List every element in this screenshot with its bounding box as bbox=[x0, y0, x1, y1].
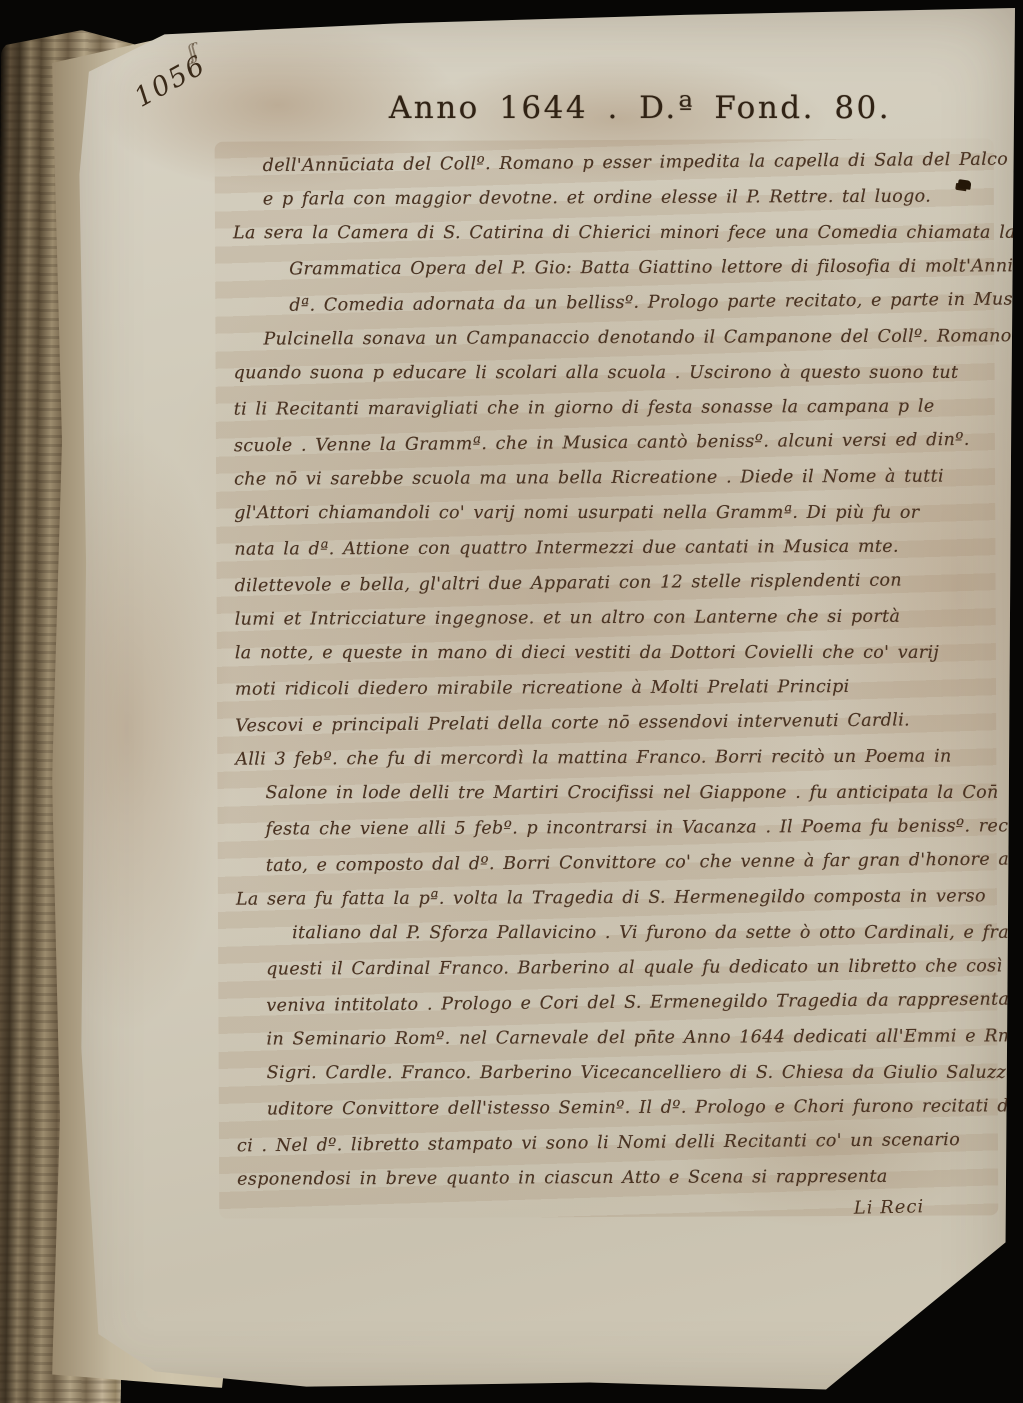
manuscript-line: dell'Annūciata del Collº. Romano p esser… bbox=[233, 143, 988, 185]
manuscript-line: italiano dal P. Sforza Pallavicino . Vi … bbox=[236, 916, 991, 951]
manuscript-page: 1056 ʃʃ Anno 1644 . D.ª Fond. 80. dell'A… bbox=[70, 8, 1015, 1395]
manuscript-line: e p farla con maggior devotne. et ordine… bbox=[233, 179, 988, 217]
manuscript-line: veniva intitolato . Prologo e Cori del S… bbox=[236, 983, 991, 1025]
manuscript-line: Grammatica Opera del P. Gio: Batta Giatt… bbox=[233, 249, 988, 287]
manuscript-line: Vescovi e principali Prelati della corte… bbox=[235, 703, 990, 745]
manuscript-line: ci . Nel dº. libretto stampato vi sono l… bbox=[237, 1123, 992, 1165]
manuscript-line: la notte, e queste in mano di dieci vest… bbox=[235, 636, 990, 671]
marginal-ink-mark bbox=[957, 179, 971, 190]
manuscript-line: festa che viene alli 5 febº. p incontrar… bbox=[236, 809, 991, 847]
manuscript-line: tato, e composto dal dº. Borri Convittor… bbox=[236, 843, 991, 885]
manuscript-line: Pulcinella sonava un Campanaccio denotan… bbox=[233, 319, 988, 357]
manuscript-line: Salone in lode delli tre Martiri Crocifi… bbox=[235, 776, 990, 811]
manuscript-line: questi il Cardinal Franco. Barberino al … bbox=[236, 949, 991, 987]
folio-number: 1056 bbox=[129, 49, 211, 113]
manuscript-line: in Seminario Romº. nel Carnevale del pn̄… bbox=[236, 1019, 991, 1057]
manuscript-line: dilettevole e bella, gl'altri due Appara… bbox=[234, 563, 989, 605]
manuscript-line: scuole . Venne la Grammª. che in Musica … bbox=[234, 423, 989, 465]
manuscript-line: nata la dª. Attione con quattro Intermez… bbox=[234, 529, 989, 567]
manuscript-line: lumi et Intricciature ingegnose. et un a… bbox=[235, 599, 990, 637]
manuscript-photo: 1056 ʃʃ Anno 1644 . D.ª Fond. 80. dell'A… bbox=[0, 0, 1023, 1403]
manuscript-line: gl'Attori chiamandoli co' varij nomi usu… bbox=[234, 496, 989, 531]
manuscript-line: Sigri. Cardle. Franco. Barberino Vicecan… bbox=[237, 1056, 992, 1091]
manuscript-line: moti ridicoli diedero mirabile ricreatio… bbox=[235, 669, 990, 707]
manuscript-line: ti li Recitanti maravigliati che in gior… bbox=[234, 389, 989, 427]
manuscript-line: uditore Convittore dell'istesso Seminº. … bbox=[237, 1089, 992, 1127]
manuscript-line: quando suona p educare li scolari alla s… bbox=[234, 356, 989, 391]
manuscript-line: La sera la Camera di S. Catirina di Chie… bbox=[233, 216, 988, 251]
manuscript-line: Alli 3 febº. che fu di mercordì la matti… bbox=[235, 739, 990, 777]
manuscript-text-block: dell'Annūciata del Collº. Romano p esser… bbox=[233, 144, 993, 1232]
manuscript-line: che nō vi sarebbe scuola ma una bella Ri… bbox=[234, 459, 989, 497]
manuscript-line: La sera fu fatta la pª. volta la Tragedi… bbox=[236, 879, 991, 917]
page-header-title: Anno 1644 . D.ª Fond. 80. bbox=[380, 90, 900, 126]
manuscript-line: dª. Comedia adornata da un bellissº. Pro… bbox=[233, 283, 988, 325]
